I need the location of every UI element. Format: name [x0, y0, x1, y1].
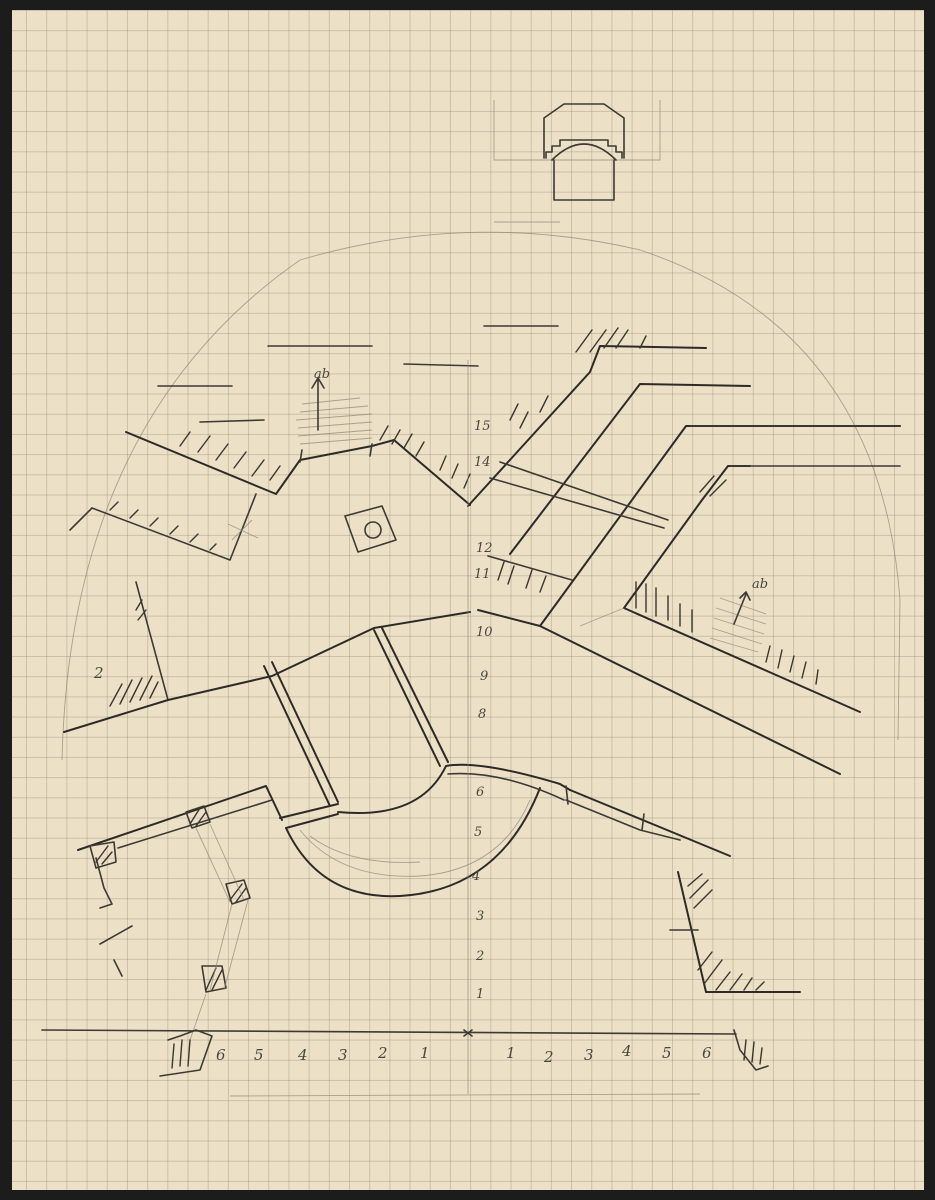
svg-text:6: 6 — [702, 1044, 712, 1062]
svg-text:3: 3 — [584, 1046, 594, 1064]
svg-text:14: 14 — [474, 455, 491, 470]
svg-text:8: 8 — [478, 707, 486, 722]
upper-left-wall: ab — [70, 326, 558, 560]
svg-text:4: 4 — [471, 869, 480, 884]
curved-passage — [280, 765, 730, 896]
diagonal-piers — [264, 628, 448, 806]
right-diagonal-passages: ab — [468, 328, 900, 774]
axis-lines — [42, 360, 736, 1096]
svg-text:6: 6 — [476, 785, 484, 800]
svg-text:9: 9 — [480, 669, 488, 684]
architectural-sketch: ab ab — [0, 0, 935, 1200]
svg-text:2: 2 — [475, 949, 484, 964]
arch-elevation-detail — [494, 100, 660, 200]
left-colonnade — [78, 786, 282, 1076]
svg-text:12: 12 — [476, 541, 493, 556]
svg-text:15: 15 — [474, 419, 491, 434]
svg-text:5: 5 — [474, 825, 482, 840]
svg-text:1: 1 — [476, 987, 484, 1002]
svg-text:5: 5 — [662, 1044, 672, 1062]
svg-text:10: 10 — [476, 625, 493, 640]
svg-text:1: 1 — [506, 1044, 516, 1062]
svg-text:4: 4 — [297, 1046, 308, 1064]
stair-label-right: ab — [752, 577, 768, 592]
svg-text:3: 3 — [476, 909, 484, 924]
svg-text:3: 3 — [338, 1046, 348, 1064]
svg-text:2: 2 — [377, 1044, 388, 1062]
left-wedge: 2 — [64, 582, 470, 732]
svg-text:2: 2 — [543, 1048, 554, 1066]
vertical-axis-labels: 1 2 3 4 5 6 8 9 10 11 12 14 15 — [471, 419, 493, 1002]
svg-text:6: 6 — [216, 1046, 226, 1064]
right-lower-wedge — [670, 872, 800, 1070]
stair-label-upper: ab — [314, 367, 330, 382]
central-pillar — [345, 506, 396, 552]
svg-text:4: 4 — [621, 1042, 632, 1060]
svg-text:11: 11 — [474, 567, 491, 582]
svg-text:5: 5 — [254, 1046, 264, 1064]
mark-left: 2 — [93, 664, 104, 682]
horizontal-axis-labels: 6 5 4 3 2 1 1 2 3 4 5 6 — [216, 1042, 712, 1066]
svg-text:1: 1 — [420, 1044, 430, 1062]
